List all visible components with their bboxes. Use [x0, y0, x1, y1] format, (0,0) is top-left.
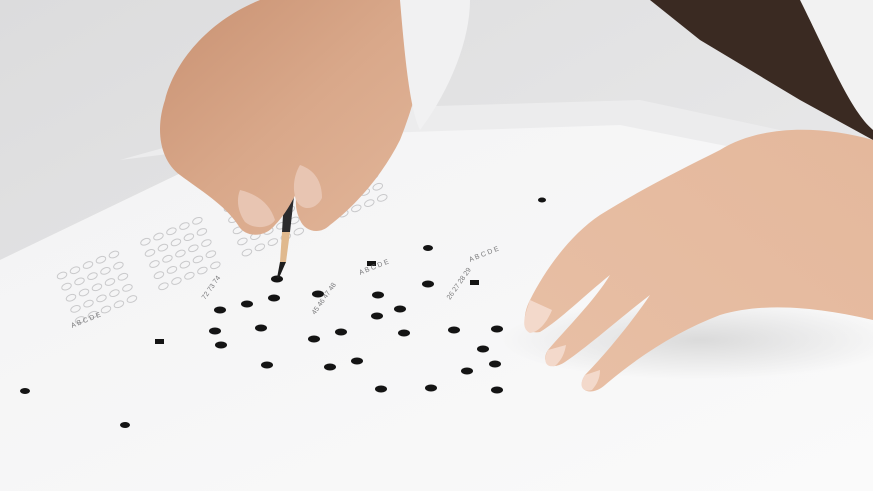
answer-sheet-photo: A B C D E A B C D E A B C D E 72 73 74 4… [0, 0, 873, 491]
photo-scene: A B C D E A B C D E A B C D E 72 73 74 4… [0, 0, 873, 491]
